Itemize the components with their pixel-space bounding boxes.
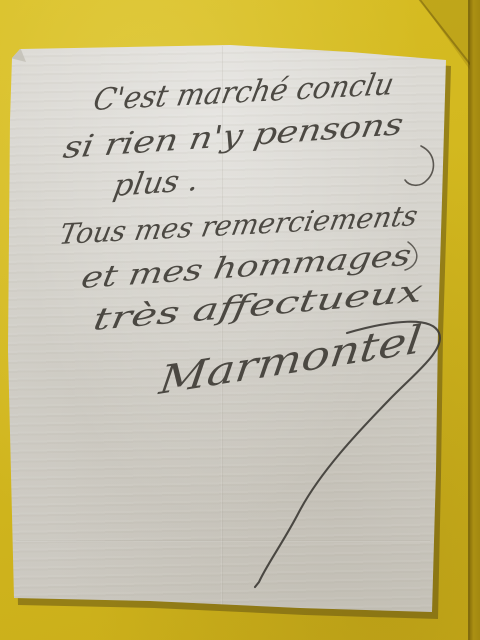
line2-tail-flourish [405,146,433,185]
signature: Marmontel [156,317,425,404]
handwriting-line-3: plus . [111,163,202,204]
photo: C'est marché conclu si rien n'y pensons … [0,0,480,640]
handwriting-layer: C'est marché conclu si rien n'y pensons … [0,0,480,640]
